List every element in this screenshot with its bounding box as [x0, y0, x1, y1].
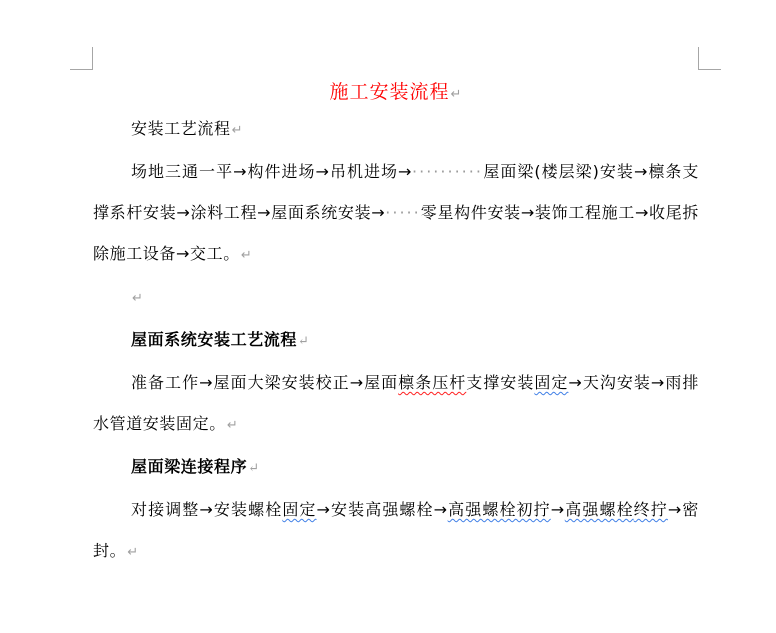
heading-text: 屋面系统安装工艺流程	[131, 330, 297, 349]
grammar-error-underline[interactable]: 高强螺栓初拧	[448, 500, 551, 519]
body-text: →安装高强螺栓→	[317, 500, 448, 519]
top-left-margin-mark	[70, 47, 93, 70]
document-title[interactable]: 施工安装流程↵	[93, 76, 699, 108]
paragraph-mark-icon: ↵	[451, 87, 463, 102]
heading-text: 安装工艺流程	[131, 119, 231, 138]
body-text: 场地三通一平→构件进场→吊机进场→	[131, 162, 412, 181]
document-body[interactable]: 施工安装流程↵ 安装工艺流程↵ 场地三通一平→构件进场→吊机进场→·······…	[93, 76, 699, 573]
paragraph-mark-icon: ↵	[132, 291, 144, 306]
body-text: 对接调整→安装螺栓	[131, 500, 282, 519]
grammar-error-underline[interactable]: 固定	[534, 373, 568, 392]
ellipsis-dots: ·····	[385, 203, 420, 222]
title-text: 施工安装流程	[330, 81, 450, 103]
body-text: 支撑安装	[466, 373, 534, 392]
paragraph-mark-icon: ↵	[248, 461, 260, 476]
ellipsis-dots: ··········	[412, 162, 483, 181]
paragraph-roof-system[interactable]: 准备工作→屋面大梁安装校正→屋面檩条压杆支撑安装固定→天沟安装→雨排水管道安装固…	[93, 362, 699, 446]
paragraph-roof-beam-connection[interactable]: 对接调整→安装螺栓固定→安装高强螺栓→高强螺栓初拧→高强螺栓终拧→密封。↵	[93, 489, 699, 573]
empty-paragraph[interactable]: ↵	[93, 276, 699, 319]
document-page[interactable]: 施工安装流程↵ 安装工艺流程↵ 场地三通一平→构件进场→吊机进场→·······…	[0, 0, 776, 633]
section-heading-install-process[interactable]: 安装工艺流程↵	[93, 108, 699, 151]
paragraph-mark-icon: ↵	[232, 123, 244, 138]
section-heading-roof-beam-connection[interactable]: 屋面梁连接程序↵	[93, 446, 699, 489]
paragraph-mark-icon: ↵	[127, 545, 139, 560]
top-right-margin-mark	[698, 47, 721, 70]
paragraph-mark-icon: ↵	[241, 248, 253, 263]
section-heading-roof-system[interactable]: 屋面系统安装工艺流程↵	[93, 319, 699, 362]
grammar-error-underline[interactable]: 高强螺栓	[565, 500, 634, 519]
grammar-error-underline[interactable]: 终拧	[634, 500, 668, 519]
body-text: →	[551, 500, 565, 519]
body-text: 准备工作→屋面大梁安装校正→屋面	[131, 373, 398, 392]
heading-text: 屋面梁连接程序	[131, 457, 247, 476]
grammar-error-underline[interactable]: 固定	[282, 500, 316, 519]
paragraph-mark-icon: ↵	[298, 334, 310, 349]
paragraph-mark-icon: ↵	[227, 418, 239, 433]
spelling-error-underline[interactable]: 檩条压杆	[398, 373, 466, 392]
paragraph-install-process[interactable]: 场地三通一平→构件进场→吊机进场→··········屋面梁(楼层梁)安装→檩条…	[93, 151, 699, 276]
